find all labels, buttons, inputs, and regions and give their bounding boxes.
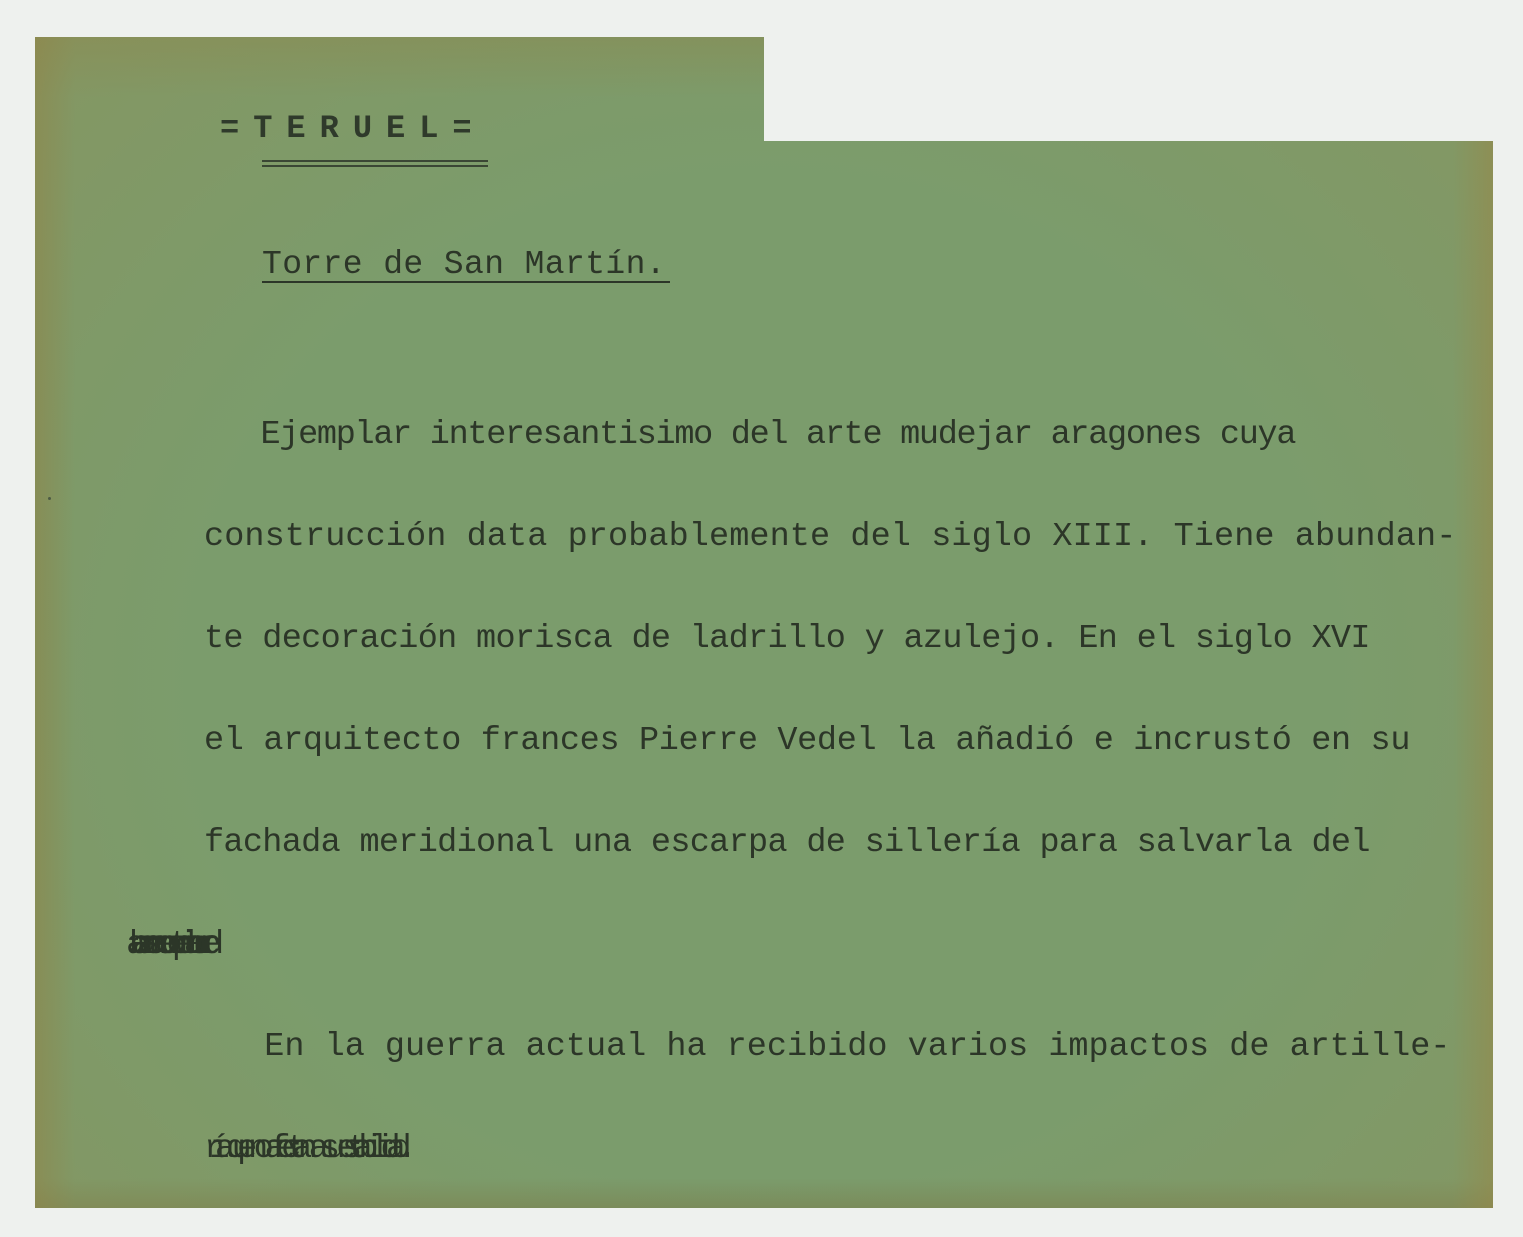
heading-double-underline — [262, 160, 488, 167]
body-line: En la guerra actual ha recibido varios i… — [204, 1030, 1456, 1064]
body-line: Ejemplar interesantisimo del arte mudeja… — [204, 418, 1456, 452]
body-line: derrumbamiento que amenazaba. — [204, 928, 1456, 962]
body-line: construcción data probablemente del sigl… — [204, 520, 1456, 554]
body-line: el arquitecto frances Pierre Vedel la añ… — [204, 724, 1456, 758]
document-subtitle: Torre de San Martín. — [262, 248, 666, 282]
paper-speck — [48, 497, 51, 500]
body-line: fachada meridional una escarpa de siller… — [204, 826, 1456, 860]
body-line: te decoración morisca de ladrillo y azul… — [204, 622, 1456, 656]
body-line: ría que no afectan a su estabilidad. — [204, 1132, 1456, 1166]
subtitle-underline — [262, 281, 670, 283]
document-heading: =TERUEL= — [220, 112, 486, 146]
document-body: Ejemplar interesantisimo del arte mudeja… — [204, 350, 1456, 1200]
